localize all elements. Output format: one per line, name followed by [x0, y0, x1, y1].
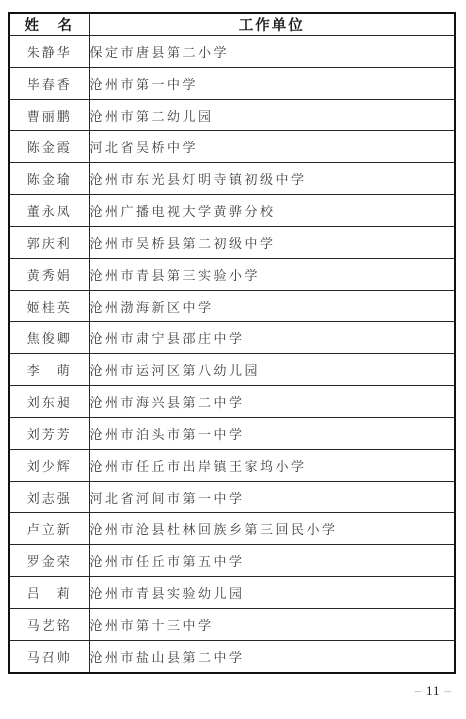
page-number: –11– — [414, 683, 452, 699]
name-cell: 罗金荣 — [9, 545, 89, 577]
table-row: 马召帅 沧州市盐山县第二中学 — [9, 640, 455, 673]
table-row: 朱静华 保定市唐县第二小学 — [9, 36, 455, 68]
unit-cell: 沧州市青县实验幼儿园 — [89, 577, 455, 609]
roster-body: 朱静华 保定市唐县第二小学 毕春香 沧州市第一中学 曹丽鹏 沧州市第二幼儿园 陈… — [9, 36, 455, 674]
name-cell: 刘志强 — [9, 481, 89, 513]
name-cell: 马艺铭 — [9, 608, 89, 640]
table-row: 罗金荣 沧州市任丘市第五中学 — [9, 545, 455, 577]
unit-cell: 河北省河间市第一中学 — [89, 481, 455, 513]
name-cell: 黄秀娟 — [9, 258, 89, 290]
table-row: 姬桂英 沧州渤海新区中学 — [9, 290, 455, 322]
table-row: 刘芳芳 沧州市泊头市第一中学 — [9, 417, 455, 449]
name-cell: 陈金霞 — [9, 131, 89, 163]
name-cell: 曹丽鹏 — [9, 99, 89, 131]
unit-cell: 保定市唐县第二小学 — [89, 36, 455, 68]
table-row: 曹丽鹏 沧州市第二幼儿园 — [9, 99, 455, 131]
name-cell: 卢立新 — [9, 513, 89, 545]
header-row: 姓 名 工作单位 — [9, 13, 455, 36]
unit-cell: 沧州市第一中学 — [89, 67, 455, 99]
header-name: 姓 名 — [9, 13, 89, 36]
table-row: 刘志强 河北省河间市第一中学 — [9, 481, 455, 513]
unit-cell: 沧州市盐山县第二中学 — [89, 640, 455, 673]
table-row: 陈金瑜 沧州市东光县灯明寺镇初级中学 — [9, 163, 455, 195]
table-row: 李 萌 沧州市运河区第八幼儿园 — [9, 354, 455, 386]
table-row: 卢立新 沧州市沧县杜林回族乡第三回民小学 — [9, 513, 455, 545]
page-number-dash-right: – — [445, 683, 453, 698]
table-row: 马艺铭 沧州市第十三中学 — [9, 608, 455, 640]
name-cell: 吕 莉 — [9, 577, 89, 609]
table-row: 毕春香 沧州市第一中学 — [9, 67, 455, 99]
name-cell: 刘少辉 — [9, 449, 89, 481]
roster-table: 姓 名 工作单位 朱静华 保定市唐县第二小学 毕春香 沧州市第一中学 曹丽鹏 沧… — [8, 12, 456, 674]
header-unit: 工作单位 — [89, 13, 455, 36]
unit-cell: 沧州广播电视大学黄骅分校 — [89, 195, 455, 227]
table-row: 黄秀娟 沧州市青县第三实验小学 — [9, 258, 455, 290]
table-row: 董永凤 沧州广播电视大学黄骅分校 — [9, 195, 455, 227]
table-row: 郭庆利 沧州市吴桥县第二初级中学 — [9, 226, 455, 258]
unit-cell: 沧州市泊头市第一中学 — [89, 417, 455, 449]
unit-cell: 沧州市青县第三实验小学 — [89, 258, 455, 290]
name-cell: 马召帅 — [9, 640, 89, 673]
unit-cell: 沧州市任丘市出岸镇王家坞小学 — [89, 449, 455, 481]
table-row: 刘少辉 沧州市任丘市出岸镇王家坞小学 — [9, 449, 455, 481]
unit-cell: 沧州市第十三中学 — [89, 608, 455, 640]
name-cell: 李 萌 — [9, 354, 89, 386]
table-row: 吕 莉 沧州市青县实验幼儿园 — [9, 577, 455, 609]
table-row: 焦俊卿 沧州市肃宁县邵庄中学 — [9, 322, 455, 354]
name-cell: 姬桂英 — [9, 290, 89, 322]
name-cell: 焦俊卿 — [9, 322, 89, 354]
unit-cell: 沧州市海兴县第二中学 — [89, 386, 455, 418]
unit-cell: 沧州市沧县杜林回族乡第三回民小学 — [89, 513, 455, 545]
unit-cell: 沧州市吴桥县第二初级中学 — [89, 226, 455, 258]
unit-cell: 沧州市肃宁县邵庄中学 — [89, 322, 455, 354]
document-page: 姓 名 工作单位 朱静华 保定市唐县第二小学 毕春香 沧州市第一中学 曹丽鹏 沧… — [0, 0, 466, 719]
unit-cell: 沧州市东光县灯明寺镇初级中学 — [89, 163, 455, 195]
unit-cell: 沧州渤海新区中学 — [89, 290, 455, 322]
page-number-value: 11 — [422, 683, 445, 698]
name-cell: 朱静华 — [9, 36, 89, 68]
name-cell: 刘东昶 — [9, 386, 89, 418]
page-number-dash-left: – — [414, 683, 422, 698]
unit-cell: 河北省吴桥中学 — [89, 131, 455, 163]
name-cell: 郭庆利 — [9, 226, 89, 258]
unit-cell: 沧州市任丘市第五中学 — [89, 545, 455, 577]
unit-cell: 沧州市运河区第八幼儿园 — [89, 354, 455, 386]
name-cell: 毕春香 — [9, 67, 89, 99]
table-row: 陈金霞 河北省吴桥中学 — [9, 131, 455, 163]
table-row: 刘东昶 沧州市海兴县第二中学 — [9, 386, 455, 418]
unit-cell: 沧州市第二幼儿园 — [89, 99, 455, 131]
name-cell: 董永凤 — [9, 195, 89, 227]
name-cell: 陈金瑜 — [9, 163, 89, 195]
name-cell: 刘芳芳 — [9, 417, 89, 449]
